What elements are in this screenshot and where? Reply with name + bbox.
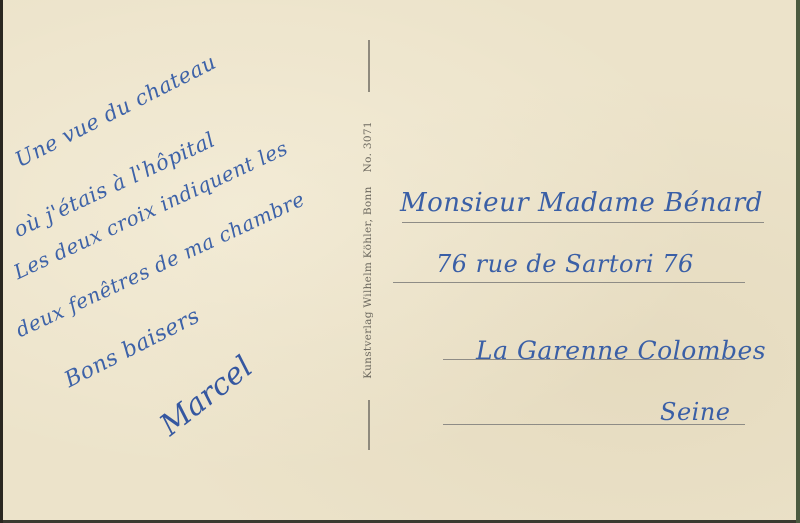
address-rule-1	[402, 222, 764, 223]
recipient-name: Monsieur Madame Bénard	[400, 188, 763, 218]
address-rule-2	[393, 282, 745, 283]
divider-line-bottom	[368, 400, 370, 450]
department: Seine	[660, 398, 730, 426]
signature: Marcel	[153, 349, 259, 443]
card-number: No. 3071	[362, 121, 374, 172]
message-closing: Bons baisers	[61, 303, 204, 393]
publisher-name: Kunstverlag Wilhelm Köhler, Bonn	[362, 186, 374, 378]
street-address: 76 rue de Sartori 76	[436, 250, 694, 278]
publisher-imprint: Kunstverlag Wilhelm Köhler, BonnNo. 3071	[362, 121, 374, 379]
divider-line-top	[368, 40, 370, 92]
postcard-back: Kunstverlag Wilhelm Köhler, BonnNo. 3071…	[0, 0, 800, 523]
city: La Garenne Colombes	[476, 336, 766, 365]
